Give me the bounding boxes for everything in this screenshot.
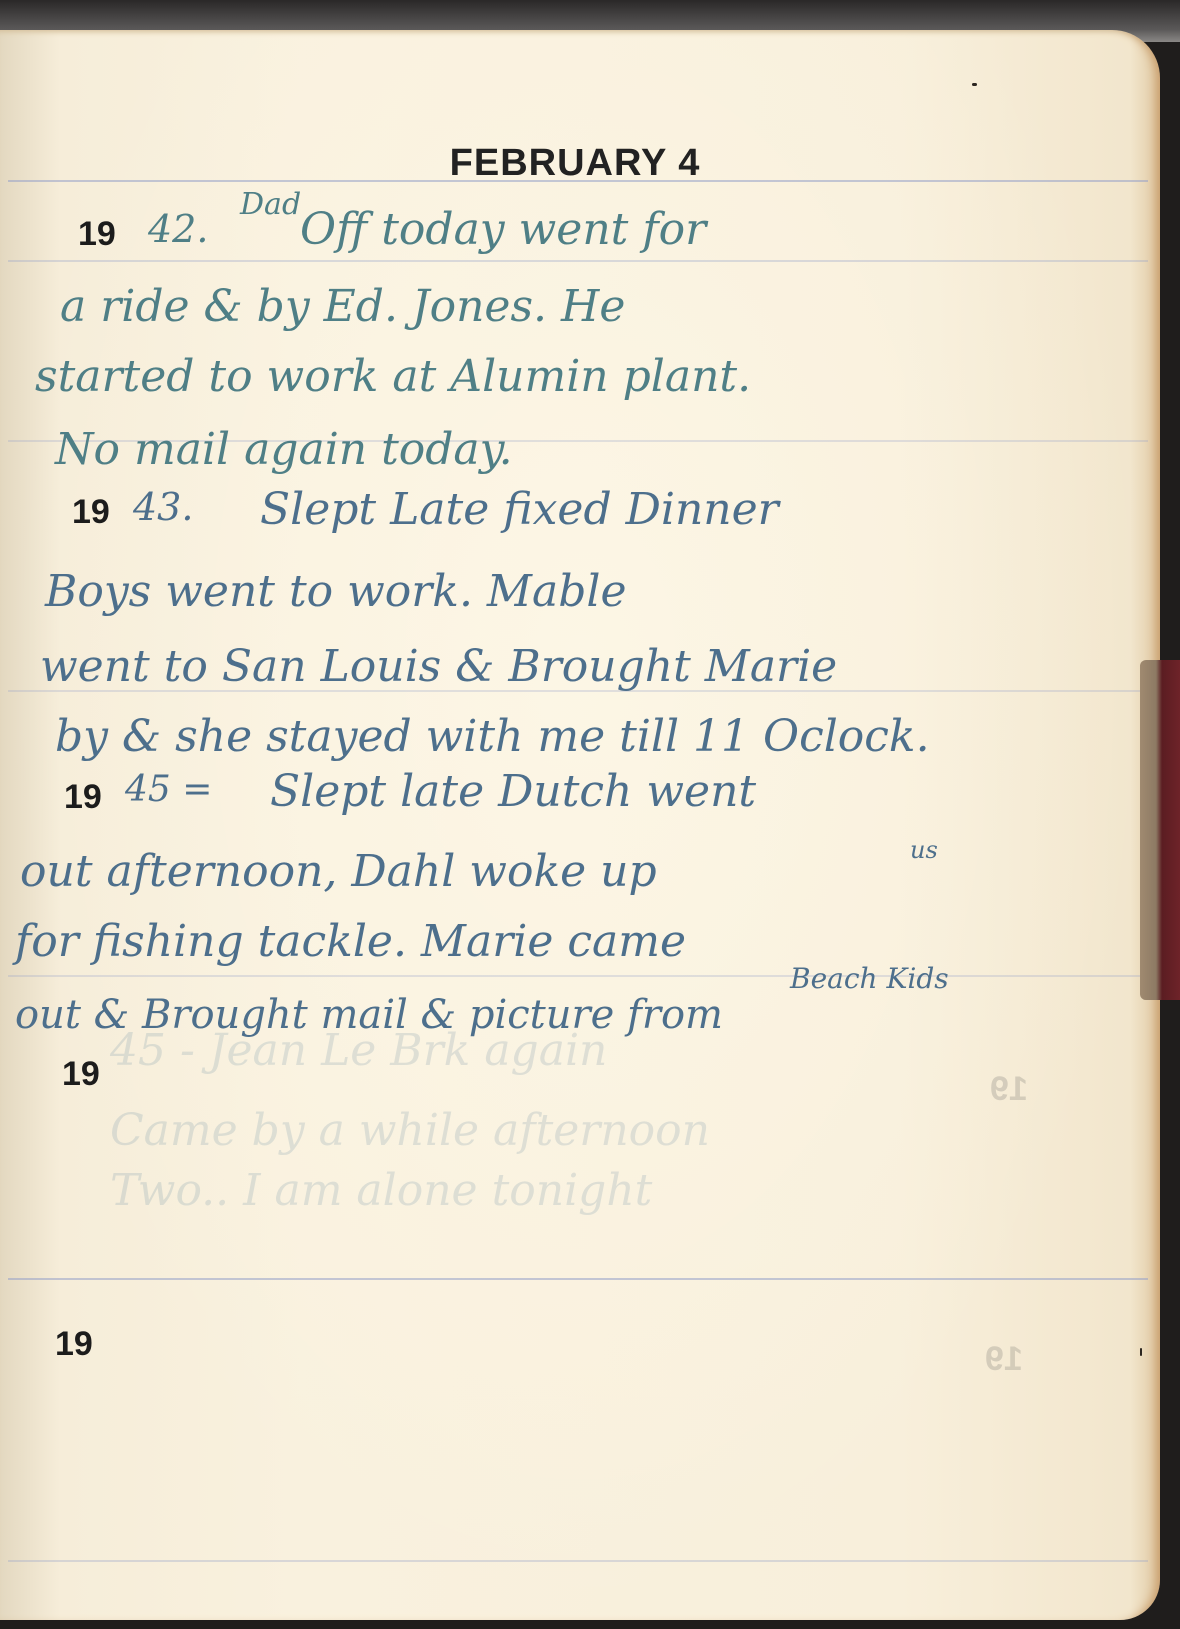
entry-line: Off today went for: [300, 208, 706, 252]
entry-line: out & Brought mail & picture from: [15, 995, 723, 1035]
entry-line: a ride & by Ed. Jones. He: [60, 285, 625, 329]
entry-year-suffix: 45 =: [125, 772, 212, 808]
page-title: FEBRUARY 4: [0, 142, 1150, 185]
entry-year-suffix: 43.: [133, 488, 193, 526]
entry-line: out afternoon, Dahl woke up: [20, 850, 657, 894]
ruled-line: [8, 1278, 1148, 1280]
entry-line: Slept Late fixed Dinner: [260, 488, 779, 532]
bleed-through-line: Two.. I am alone tonight: [110, 1165, 652, 1216]
entry-year-prefix: 19: [55, 1325, 93, 1364]
entry-line: by & she stayed with me till 11 Oclock.: [55, 715, 930, 759]
entry-year-prefix: 19: [64, 778, 102, 817]
entry-line: Slept late Dutch went: [270, 770, 756, 814]
entry-line: went to San Louis & Brought Marie: [40, 645, 837, 689]
binding-tab: [1140, 660, 1180, 1000]
entry-line: Boys went to work. Mable: [45, 570, 627, 614]
entry-year-prefix: 19: [62, 1055, 100, 1094]
diary-page: 45 - Jean Le Brk again Came by a while a…: [0, 30, 1160, 1620]
ink-speck: [972, 83, 977, 86]
bleed-through-line: Came by a while afternoon: [110, 1105, 710, 1156]
entry-line: No mail again today.: [55, 428, 513, 472]
ruled-line: [8, 1560, 1148, 1562]
entry-annotation: us: [910, 838, 938, 862]
bleed-through-year: 19: [990, 1070, 1028, 1109]
ruled-line: [8, 260, 1148, 262]
entry-year-prefix: 19: [72, 493, 110, 532]
entry-year-suffix: 42.: [148, 210, 208, 248]
entry-line: started to work at Alumin plant.: [35, 355, 751, 399]
entry-year-prefix: 19: [78, 215, 116, 254]
entry-line: for fishing tackle. Marie came: [15, 920, 686, 964]
bleed-through-year: 19: [985, 1340, 1023, 1379]
entry-insert: Beach Kids: [790, 965, 949, 993]
ruled-line: [8, 975, 1148, 977]
entry-annotation: Dad: [240, 190, 301, 220]
ink-speck: [1140, 1348, 1142, 1356]
